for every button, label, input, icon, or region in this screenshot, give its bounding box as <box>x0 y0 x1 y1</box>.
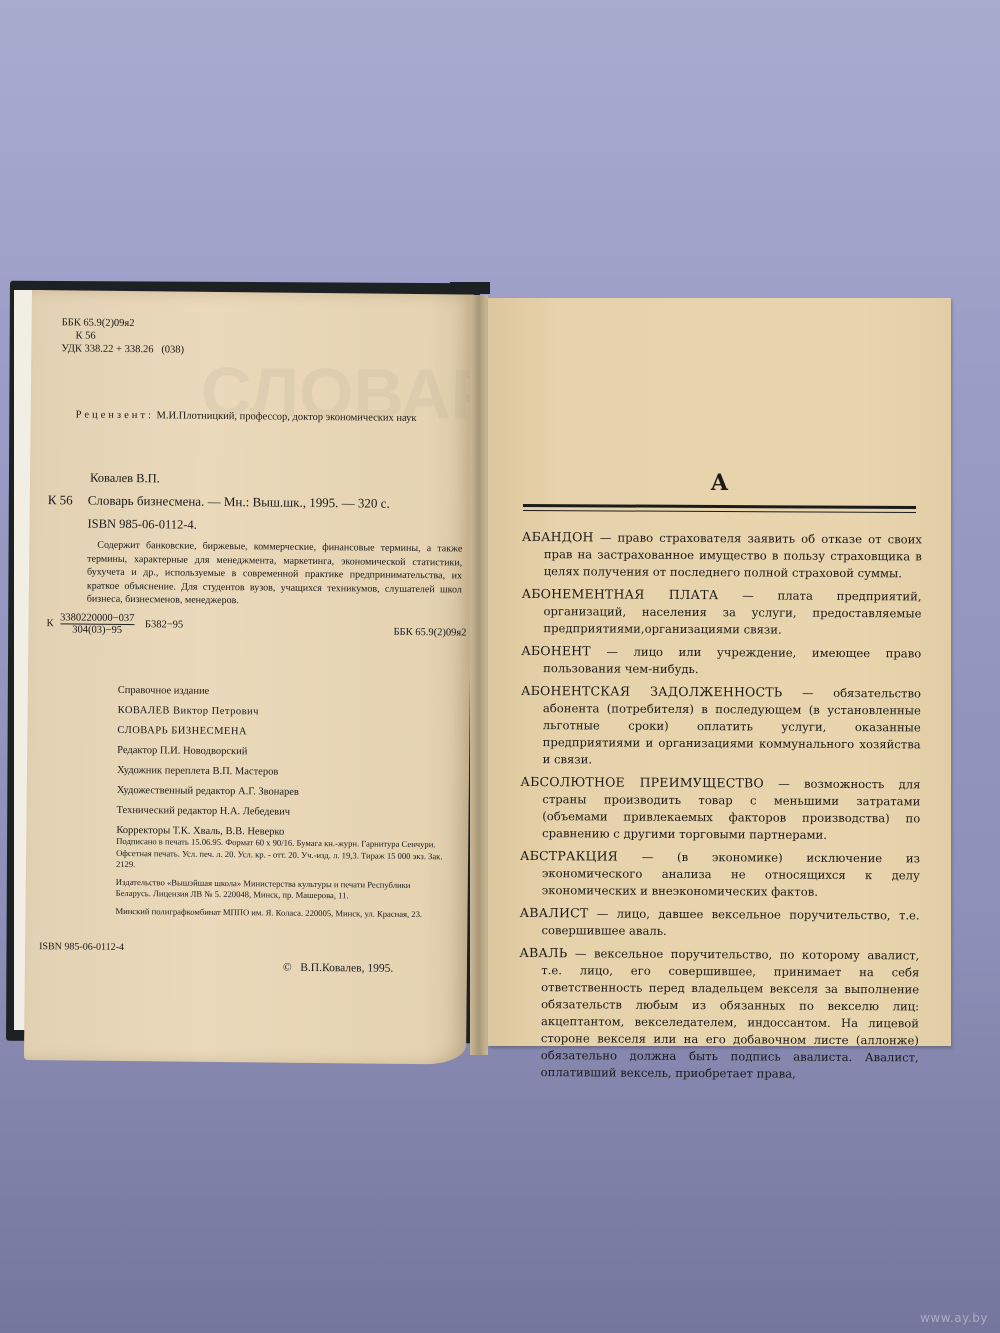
dictionary-entry: АВАЛИСТ — лицо, давшее вексельное поручи… <box>519 904 919 941</box>
bib-title: Словарь бизнесмена. — Мн.: Выш.шк., 1995… <box>88 493 390 511</box>
credits-block: Справочное издание КОВАЛЕВ Виктор Петров… <box>116 681 300 843</box>
code-denominator: 304(03)−95 <box>60 624 134 636</box>
copyright: © В.П.Ковалев, 1995. <box>283 961 393 976</box>
dictionary-entry: АБОНЕМЕНТНАЯ ПЛАТА — плата предприятий, … <box>521 585 921 639</box>
code-fraction: 3380220000−037 304(03)−95 <box>60 612 134 636</box>
site-watermark: www.ay.by <box>920 1311 988 1325</box>
bib-code: К 56 <box>48 493 88 507</box>
publisher-codes: К 3380220000−037 304(03)−95 Б382−95 ББК … <box>46 612 466 639</box>
dictionary-entry: АБОНЕНТСКАЯ ЗАДОЛЖЕННОСТЬ — обязательств… <box>521 682 922 770</box>
author-mark: К 56 <box>61 329 184 343</box>
print-details: Подписано в печать 15.06.95. Формат 60 x… <box>115 836 446 926</box>
dictionary-entry: АБОНЕНТ — лицо или учреждение, имеющее п… <box>521 642 921 679</box>
edition-type: Справочное издание <box>118 681 300 703</box>
entry-term: АБОНЕНТСКАЯ ЗАДОЛЖЕННОСТЬ <box>521 683 783 700</box>
book-gutter <box>470 295 488 1055</box>
section-rule-thick <box>523 504 916 509</box>
section-letter: А <box>488 470 951 496</box>
book-cover-edge <box>450 282 490 294</box>
credit-editor: Редактор П.И. Новодворский <box>117 741 299 763</box>
book-title: СЛОВАРЬ БИЗНЕСМЕНА <box>117 721 299 743</box>
isbn-top: ISBN 985-06-0112-4. <box>87 517 196 532</box>
entry-term: АБАНДОН <box>522 529 594 544</box>
dictionary-entries: АБАНДОН — право страхователя заявить об … <box>519 528 922 1088</box>
left-page-imprint: СЛОВАРЬ ББК 65.9(2)09я2 К 56 УДК 338.22 … <box>24 290 474 1065</box>
author-name: Ковалев В.П. <box>90 471 160 486</box>
print-specs: Подписано в печать 15.06.95. Формат 60 x… <box>116 836 446 874</box>
dictionary-entry: АВАЛЬ — вексельное поручительство, по ко… <box>519 944 920 1083</box>
entry-term: АБСТРАКЦИЯ <box>520 848 618 864</box>
udk-code: УДК 338.22 + 338.26 (038) <box>61 342 184 356</box>
bibliographic-line: К 56Словарь бизнесмена. — Мн.: Выш.шк., … <box>48 493 468 511</box>
section-rule-thin <box>523 510 916 513</box>
entry-term: АВАЛЬ <box>519 945 567 960</box>
entry-term: АВАЛИСТ <box>520 905 589 920</box>
credit-cover-artist: Художник переплета В.П. Мастеров <box>117 761 299 783</box>
entry-term: АБОНЕНТ <box>521 643 591 658</box>
printer-info: Минский полиграфкомбинат МППО им. Я. Кол… <box>115 905 445 920</box>
author-full-name: КОВАЛЕВ Виктор Петрович <box>117 701 299 723</box>
entry-term: АБСОЛЮТНОЕ ПРЕИМУЩЕСТВО <box>520 774 764 790</box>
reviewer-label: Рецензент: <box>76 409 154 421</box>
classification-codes: ББК 65.9(2)09я2 К 56 УДК 338.22 + 338.26… <box>61 316 184 356</box>
entry-definition: — вексельное поручительство, по которому… <box>541 946 920 1080</box>
reviewer-text: М.И.Плотницкий, профессор, доктор эконом… <box>154 410 417 424</box>
code-prefix: К <box>46 618 53 629</box>
code-numerator: 3380220000−037 <box>60 612 134 625</box>
credit-art-editor: Художественный редактор А.Г. Звонарев <box>117 781 299 803</box>
entry-definition: — право страхователя заявить об отказе о… <box>544 530 922 580</box>
credit-tech-editor: Технический редактор Н.А. Лебедевич <box>116 801 298 823</box>
entry-definition: — лицо или учреждение, имеющее право пол… <box>543 644 921 676</box>
right-page-dictionary: А АБАНДОН — право страхователя заявить о… <box>488 298 951 1046</box>
dictionary-entry: АБАНДОН — право страхователя заявить об … <box>522 528 922 582</box>
annotation: Содержит банковские, биржевые, коммерчес… <box>87 539 463 610</box>
entry-definition: — лицо, давшее вексельное поручительство… <box>542 906 920 937</box>
publisher-info: Издательство «Вышэйшая школа» Министерст… <box>116 876 446 902</box>
code-suffix: Б382−95 <box>145 618 183 632</box>
reviewer-line: Рецензент: М.И.Плотницкий, профессор, до… <box>76 408 417 426</box>
entry-term: АБОНЕМЕНТНАЯ ПЛАТА <box>522 586 719 602</box>
bbk-bottom: ББК 65.9(2)09я2 <box>393 626 466 641</box>
dictionary-entry: АБСТРАКЦИЯ — (в экономике) исключение из… <box>520 847 920 901</box>
dictionary-entry: АБСОЛЮТНОЕ ПРЕИМУЩЕСТВО — возможность дл… <box>520 773 920 844</box>
bbk-code: ББК 65.9(2)09я2 <box>62 316 185 330</box>
isbn-bottom: ISBN 985-06-0112-4 <box>39 940 124 955</box>
